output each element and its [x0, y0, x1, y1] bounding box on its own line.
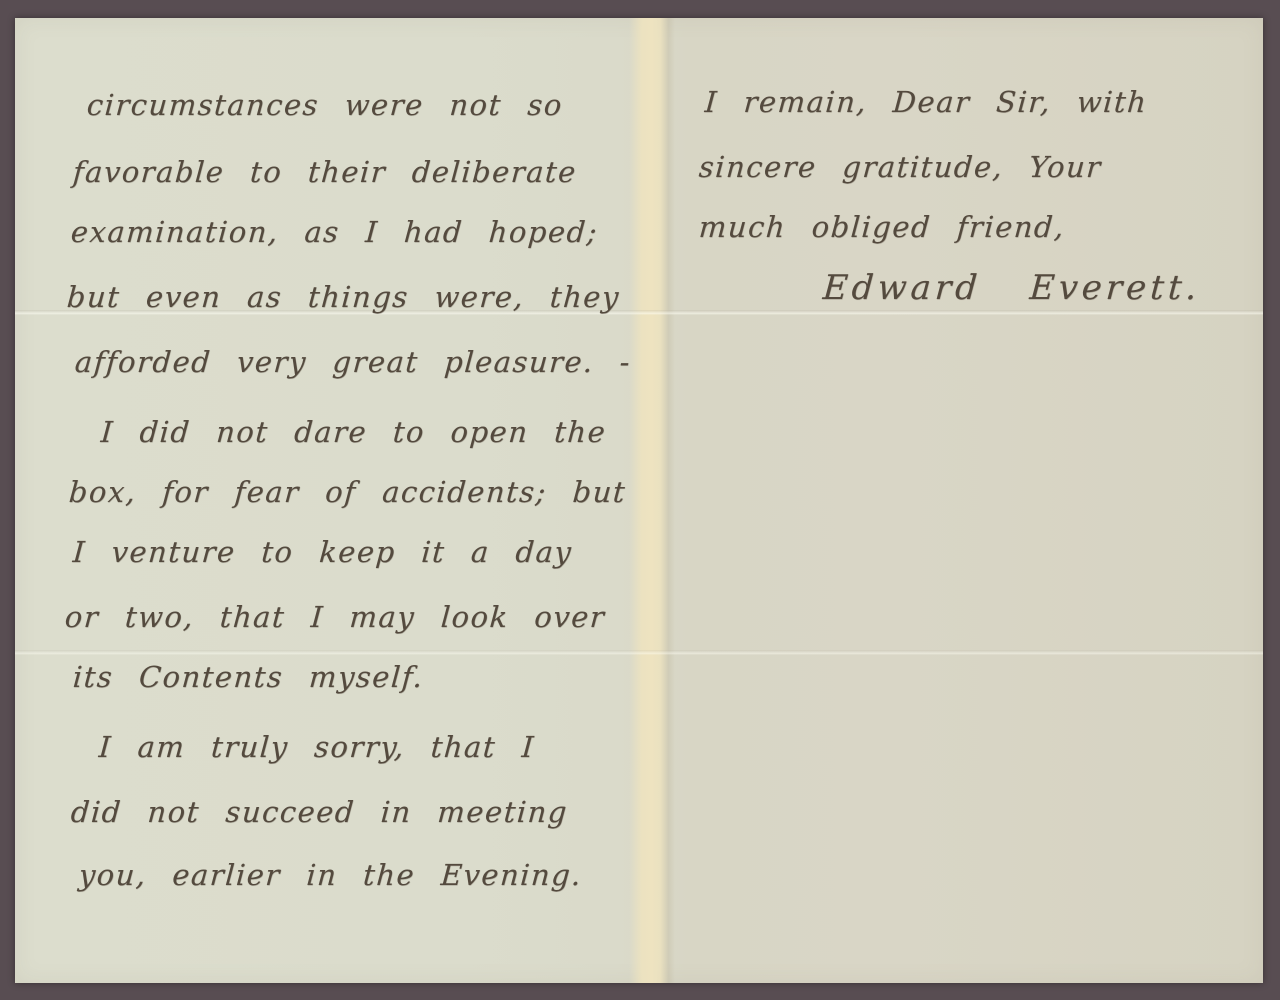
handwritten-line: circumstances were not so [86, 88, 564, 122]
letter-page-right: I remain, Dear Sir, with sincere gratitu… [663, 18, 1263, 983]
handwritten-line: I did not dare to open the [100, 415, 608, 449]
handwritten-line: afforded very great pleasure. - [74, 345, 632, 379]
handwritten-line: box, for fear of accidents; but [68, 475, 628, 509]
handwritten-line: its Contents myself. [72, 660, 425, 694]
letter-scan: { "letter": { "left_page": { "lines": [ … [0, 0, 1280, 1000]
handwritten-line: but even as things were, they [66, 280, 621, 314]
handwritten-line: favorable to their deliberate [72, 155, 578, 189]
handwritten-line: you, earlier in the Evening. [78, 858, 583, 892]
handwritten-line: I venture to keep it a day [72, 535, 574, 569]
handwritten-line: I am truly sorry, that I [98, 730, 536, 764]
handwritten-line: sincere gratitude, Your [698, 150, 1103, 184]
letter-page-left: circumstances were not so favorable to t… [15, 18, 633, 983]
handwritten-line: examination, as I had hoped; [70, 215, 599, 249]
letter-paper: circumstances were not so favorable to t… [15, 18, 1263, 983]
signature: Edward Everett. [822, 268, 1202, 308]
handwritten-line: or two, that I may look over [64, 600, 607, 634]
handwritten-line: much obliged friend, [698, 210, 1066, 244]
handwritten-line: did not succeed in meeting [70, 795, 569, 829]
handwritten-line: I remain, Dear Sir, with [704, 85, 1149, 119]
